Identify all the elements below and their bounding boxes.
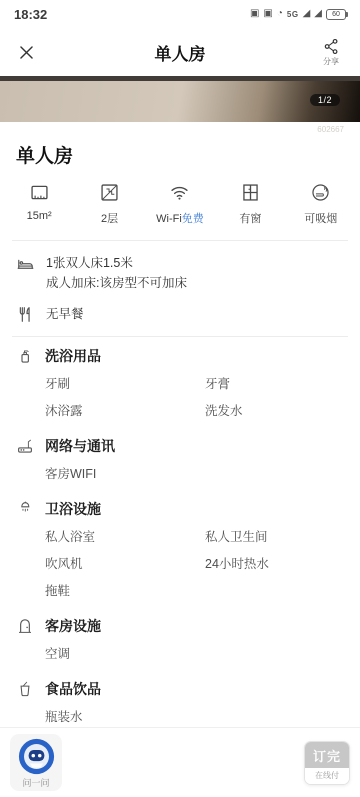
- section-header: 网络与通讯: [16, 436, 344, 456]
- breakfast-label: 无早餐: [46, 304, 84, 324]
- bed-line2: 成人加床:该房型不可加床: [46, 273, 187, 293]
- facility-item: 牙膏: [205, 374, 344, 392]
- facility-item: 私人卫生间: [205, 527, 344, 545]
- facility-item: 洗发水: [205, 401, 344, 419]
- section-items: 私人浴室私人卫生间吹风机24小时热水拖鞋: [16, 527, 344, 604]
- photo-watermark: 602667: [0, 122, 360, 135]
- network-type-label: 5G: [287, 10, 299, 19]
- section-title: 洗浴用品: [45, 346, 101, 366]
- bath-icon: [16, 500, 34, 518]
- status-icons: ▣ ▣ ◔ 5G ◢ ◢ 60: [250, 9, 346, 20]
- floor-icon: [99, 182, 120, 203]
- close-button[interactable]: [14, 40, 38, 64]
- section-title: 客房设施: [45, 616, 101, 636]
- amenity-5: 可吸烟: [289, 182, 353, 226]
- amenity-label: 15m²: [27, 210, 52, 222]
- share-icon: [322, 37, 341, 56]
- room-photo[interactable]: 1/2: [0, 76, 360, 122]
- facility-item: 24小时热水: [205, 554, 344, 572]
- bed-info-row: 1张双人床1.5米 成人加床:该房型不可加床: [0, 241, 360, 293]
- data-saver-icon: ◔: [277, 9, 283, 19]
- section-客房设施: 客房设施空调: [0, 607, 360, 670]
- facility-item: 吹风机: [45, 554, 205, 572]
- bed-line1: 1张双人床1.5米: [46, 253, 187, 273]
- bed-icon: [16, 254, 35, 273]
- book-button[interactable]: 订完 在线付: [304, 741, 350, 785]
- signal2-icon: ◢: [314, 9, 322, 19]
- facility-item: 沐浴露: [45, 401, 205, 419]
- area-icon: [29, 182, 50, 203]
- section-网络与通讯: 网络与通讯客房WIFI: [0, 427, 360, 490]
- amenity-1: 15m²: [7, 182, 71, 222]
- drinks-icon: [16, 680, 34, 698]
- wifi-icon: [169, 182, 190, 203]
- battery-icon: 60: [326, 9, 346, 20]
- section-header: 客房设施: [16, 616, 344, 636]
- section-header: 食品饮品: [16, 679, 344, 699]
- facility-item: 客房WIFI: [45, 464, 205, 482]
- amenity-row: 15m²2层Wi-Fi免费有窗可吸烟: [0, 178, 360, 240]
- bottom-bar: 问一问 订完 在线付: [0, 727, 360, 797]
- amenity-3: Wi-Fi免费: [148, 182, 212, 226]
- header: 单人房 分享: [0, 28, 360, 76]
- window-icon: [240, 182, 261, 203]
- section-header: 卫浴设施: [16, 499, 344, 519]
- toiletries-icon: [16, 347, 34, 365]
- ask-service-label: 问一问: [22, 776, 49, 789]
- facility-item: 瓶装水: [45, 707, 205, 725]
- notification-icon: ▣: [250, 9, 259, 19]
- facility-item: 牙刷: [45, 374, 205, 392]
- bed-info-text: 1张双人床1.5米 成人加床:该房型不可加床: [46, 253, 187, 293]
- section-title: 卫浴设施: [45, 499, 101, 519]
- page-title: 单人房: [0, 40, 360, 65]
- close-icon: [17, 43, 36, 62]
- amenity-label: Wi-Fi免费: [156, 210, 204, 226]
- amenity-label: 2层: [101, 210, 118, 226]
- facility-item: 拖鞋: [45, 581, 205, 599]
- utensils-icon: [16, 305, 35, 324]
- facility-item: 空调: [45, 644, 205, 662]
- network-icon: [16, 437, 34, 455]
- door-icon: [16, 617, 34, 635]
- section-items: 牙刷牙膏沐浴露洗发水: [16, 374, 344, 424]
- signal-icon: ◢: [303, 9, 311, 19]
- app-icon: ▣: [263, 9, 272, 19]
- status-bar: 18:32 ▣ ▣ ◔ 5G ◢ ◢ 60: [0, 0, 360, 28]
- smoking-icon: [310, 182, 331, 203]
- section-洗浴用品: 洗浴用品牙刷牙膏沐浴露洗发水: [0, 337, 360, 427]
- section-items: 空调: [16, 644, 344, 667]
- share-button[interactable]: 分享: [316, 37, 346, 67]
- amenity-label: 有窗: [239, 210, 261, 226]
- ask-service-button[interactable]: 问一问: [10, 734, 62, 791]
- section-卫浴设施: 卫浴设施私人浴室私人卫生间吹风机24小时热水拖鞋: [0, 490, 360, 607]
- section-title: 网络与通讯: [45, 436, 115, 456]
- service-avatar-icon: [18, 738, 55, 775]
- facility-item: 私人浴室: [45, 527, 205, 545]
- amenity-label: 可吸烟: [304, 210, 337, 226]
- amenity-4: 有窗: [218, 182, 282, 226]
- breakfast-row: 无早餐: [0, 293, 360, 336]
- section-食品饮品: 食品饮品瓶装水: [0, 670, 360, 733]
- section-title: 食品饮品: [45, 679, 101, 699]
- pay-online-label: 在线付: [305, 768, 349, 784]
- room-title: 单人房: [0, 135, 360, 178]
- book-button-label: 订完: [305, 742, 349, 768]
- status-time: 18:32: [14, 7, 47, 22]
- photo-counter-badge: 1/2: [310, 94, 340, 106]
- share-label: 分享: [323, 56, 339, 67]
- section-header: 洗浴用品: [16, 346, 344, 366]
- amenity-2: 2层: [78, 182, 142, 226]
- section-items: 客房WIFI: [16, 464, 344, 487]
